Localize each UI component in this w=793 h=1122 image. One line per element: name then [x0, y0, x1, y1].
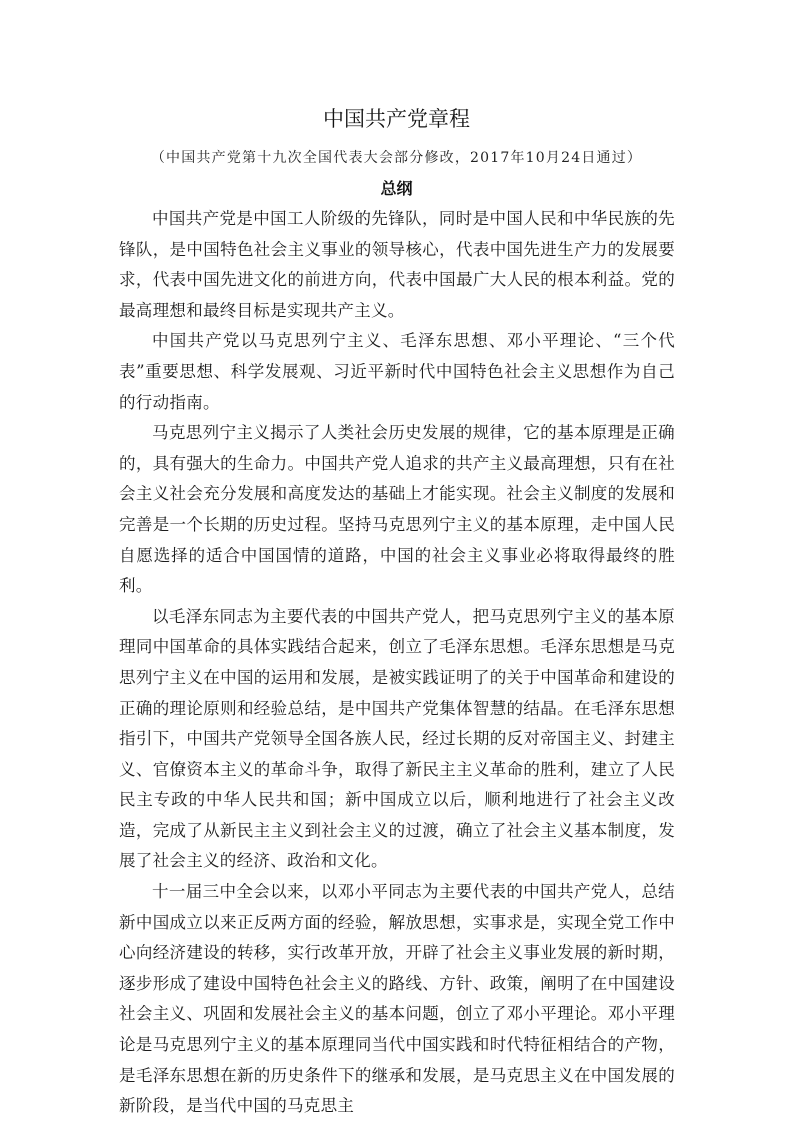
- document-body: 中国共产党是中国工人阶级的先锋队，同时是中国人民和中华民族的先锋队，是中国特色社…: [119, 204, 675, 1122]
- document-subtitle: （中国共产党第十九次全国代表大会部分修改，2017年10月24日通过）: [0, 147, 793, 167]
- paragraph: 马克思列宁主义揭示了人类社会历史发展的规律，它的基本原理是正确的，具有强大的生命…: [119, 418, 675, 602]
- paragraph: 中国共产党是中国工人阶级的先锋队，同时是中国人民和中华民族的先锋队，是中国特色社…: [119, 204, 675, 326]
- paragraph: 以毛泽东同志为主要代表的中国共产党人，把马克思列宁主义的基本原理同中国革命的具体…: [119, 602, 675, 877]
- paragraph: 中国共产党以马克思列宁主义、毛泽东思想、邓小平理论、“三个代表”重要思想、科学发…: [119, 326, 675, 418]
- section-heading: 总纲: [0, 176, 793, 199]
- document-title: 中国共产党章程: [0, 103, 793, 133]
- document-page: 中国共产党章程 （中国共产党第十九次全国代表大会部分修改，2017年10月24日…: [0, 0, 793, 1122]
- paragraph: 十一届三中全会以来，以邓小平同志为主要代表的中国共产党人，总结新中国成立以来正反…: [119, 877, 675, 1122]
